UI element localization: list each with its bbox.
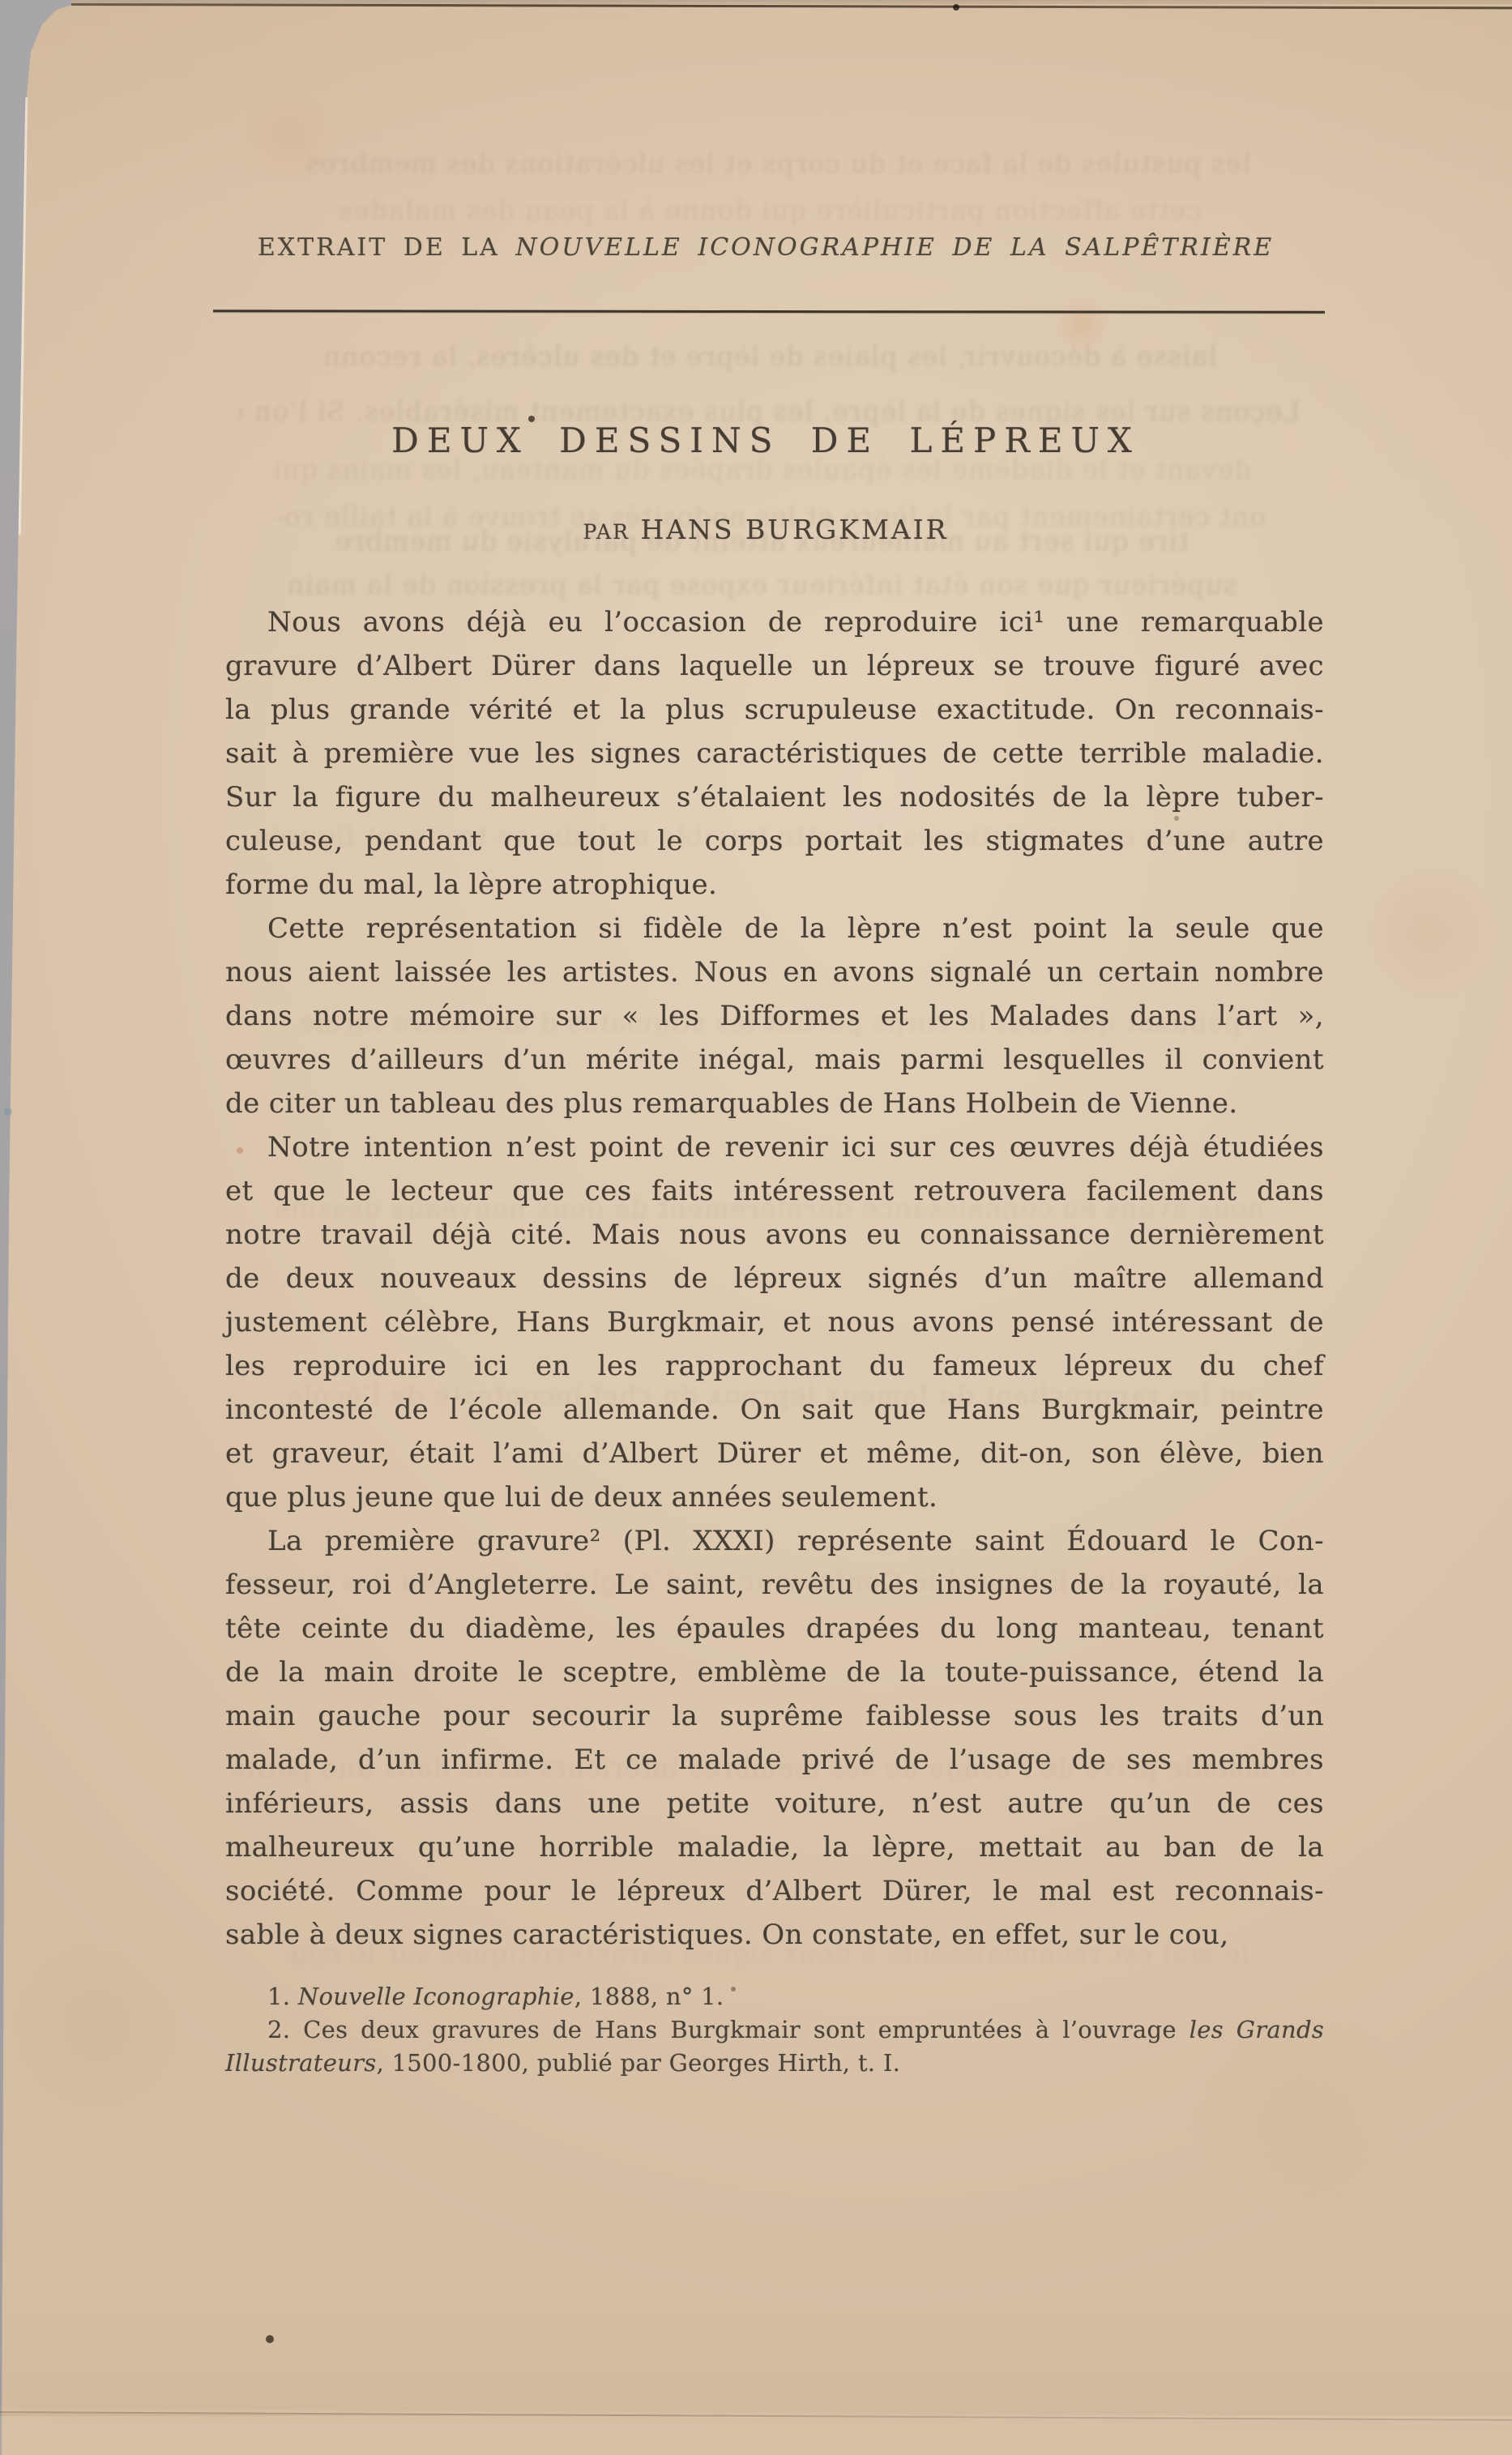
footnote-line: 2. Ces deux gravures de Hans Burgkmair s… [225, 2013, 1324, 2047]
body-line: justement célèbre, Hans Burgkmair, et no… [225, 1300, 1324, 1344]
body-line: forme du mal, la lèpre atrophique. [225, 863, 1324, 907]
body-line: incontesté de l’école allemande. On sait… [225, 1388, 1324, 1432]
body-line: Sur la figure du malheureux s’étalaient … [225, 775, 1324, 819]
body-line: sait à première vue les signes caractéri… [225, 732, 1324, 775]
body-line: de deux nouveaux dessins de lépreux sign… [225, 1257, 1324, 1300]
footnote-line: Illustrateurs, 1500-1800, publié par Geo… [225, 2047, 1324, 2080]
body-line: dans notre mémoire sur « les Difformes e… [225, 994, 1324, 1038]
body-line: la plus grande vérité et la plus scrupul… [225, 688, 1324, 732]
byline-par: PAR [583, 520, 630, 544]
body-line: malheureux qu’une horrible maladie, la l… [225, 1825, 1324, 1869]
body-line: les reproduire ici en les rapprochant du… [225, 1344, 1324, 1388]
body-line: malade, d’un infirme. Et ce malade privé… [225, 1738, 1324, 1782]
body-line: inférieurs, assis dans une petite voitur… [225, 1782, 1324, 1825]
footnote-italic-segment: Nouvelle Iconographie [298, 1983, 574, 2010]
body-line: tête ceinte du diadème, les épaules drap… [225, 1607, 1324, 1650]
scanned-page: les pustules de la face et du corps et l… [0, 0, 1512, 2455]
header-prefix: EXTRAIT DE LA [258, 233, 516, 262]
journal-name: NOUVELLE ICONOGRAPHIE DE LA SALPÊTRIÈRE [515, 233, 1274, 262]
body-line: nous aient laissée les artistes. Nous en… [225, 950, 1324, 994]
footnote-segment: , 1888, n° 1. [574, 1983, 724, 2010]
body-line: société. Comme pour le lépreux d’Albert … [225, 1869, 1324, 1913]
body-line: fesseur, roi d’Angleterre. Le saint, rev… [225, 1563, 1324, 1607]
article-body: Nous avons déjà eu l’occasion de reprodu… [225, 600, 1324, 1957]
page-content: EXTRAIT DE LA NOUVELLE ICONOGRAPHIE DE L… [0, 0, 1512, 2455]
body-line: sable à deux signes caractéristiques. On… [225, 1913, 1324, 1957]
journal-header: EXTRAIT DE LA NOUVELLE ICONOGRAPHIE DE L… [207, 233, 1325, 262]
body-line: de citer un tableau des plus remarquable… [225, 1082, 1324, 1125]
body-line: Notre intention n’est point de revenir i… [225, 1125, 1324, 1169]
body-line: Nous avons déjà eu l’occasion de reprodu… [225, 600, 1324, 644]
byline: PAR HANS BURGKMAIR [207, 514, 1325, 545]
footnote-segment: 2. Ces deux gravures de Hans Burgkmair s… [267, 2016, 1190, 2043]
body-line: de la main droite le sceptre, emblème de… [225, 1650, 1324, 1694]
body-line: Cette représentation si fidèle de la lèp… [225, 907, 1324, 950]
body-line: main gauche pour secourir la suprême fai… [225, 1694, 1324, 1738]
footnotes: 1. Nouvelle Iconographie, 1888, n° 1.2. … [225, 1980, 1324, 2080]
body-line: notre travail déjà cité. Mais nous avons… [225, 1213, 1324, 1257]
byline-author: HANS BURGKMAIR [630, 514, 949, 545]
footnote-italic-segment: les Grands [1190, 2016, 1324, 2043]
divider-rule [213, 310, 1325, 313]
body-line: et que le lecteur que ces faits intéress… [225, 1169, 1324, 1213]
footnote-segment: , 1500-1800, publié par Georges Hirth, t… [377, 2049, 901, 2077]
body-line: œuvres d’ailleurs d’un mérite inégal, ma… [225, 1038, 1324, 1082]
footnote-line: 1. Nouvelle Iconographie, 1888, n° 1. [225, 1980, 1324, 2013]
body-line: La première gravure² (Pl. XXXI) représen… [225, 1519, 1324, 1563]
body-line: gravure d’Albert Dürer dans laquelle un … [225, 644, 1324, 688]
footnote-italic-segment: Illustrateurs [225, 2049, 377, 2077]
body-line: et graveur, était l’ami d’Albert Dürer e… [225, 1432, 1324, 1475]
body-line: que plus jeune que lui de deux années se… [225, 1475, 1324, 1519]
article-title: DEUX DESSINS DE LÉPREUX [207, 421, 1325, 460]
body-line: culeuse, pendant que tout le corps porta… [225, 819, 1324, 863]
footnote-segment: 1. [267, 1983, 298, 2010]
